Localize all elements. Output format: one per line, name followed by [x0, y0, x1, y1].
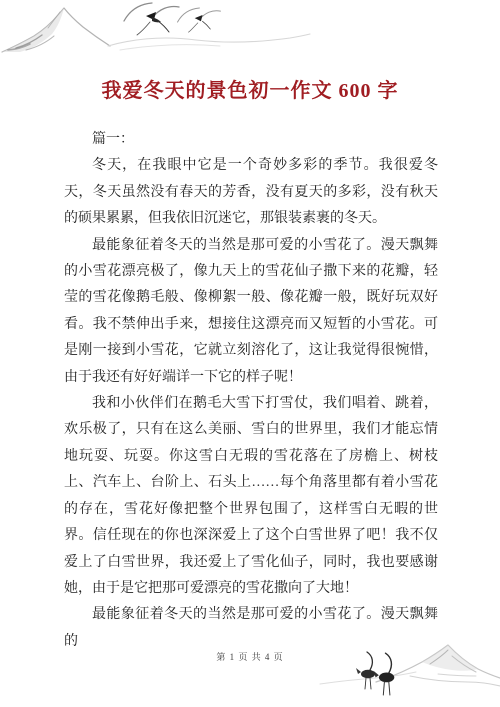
essay-paragraph: 最能象征着冬天的当然是那可爱的小雪花了。漫天飘舞的小雪花漂亮极了，像九天上的雪花…	[64, 233, 438, 391]
essay-body: 篇一： 冬天，在我眼中它是一个奇妙多彩的季节。我很爱冬天，冬天虽然没有春天的芳香…	[64, 127, 438, 655]
essay-paragraph: 冬天，在我眼中它是一个奇妙多彩的季节。我很爱冬天，冬天虽然没有春天的芳香，没有夏…	[64, 153, 438, 232]
ink-mountain-flying-cranes-art	[0, 0, 312, 62]
essay-title: 我爱冬天的景色初一作文 600 字	[0, 74, 500, 103]
essay-paragraph: 我和小伙伴们在鹅毛大雪下打雪仗，我们唱着、跳着，欢乐极了，只有在这么美丽、雪白的…	[64, 391, 438, 602]
ink-mountain-standing-cranes-art	[318, 612, 500, 707]
essay-paragraph: 篇一：	[64, 127, 438, 153]
document-page: 我爱冬天的景色初一作文 600 字 篇一： 冬天，在我眼中它是一个奇妙多彩的季节…	[0, 0, 500, 707]
